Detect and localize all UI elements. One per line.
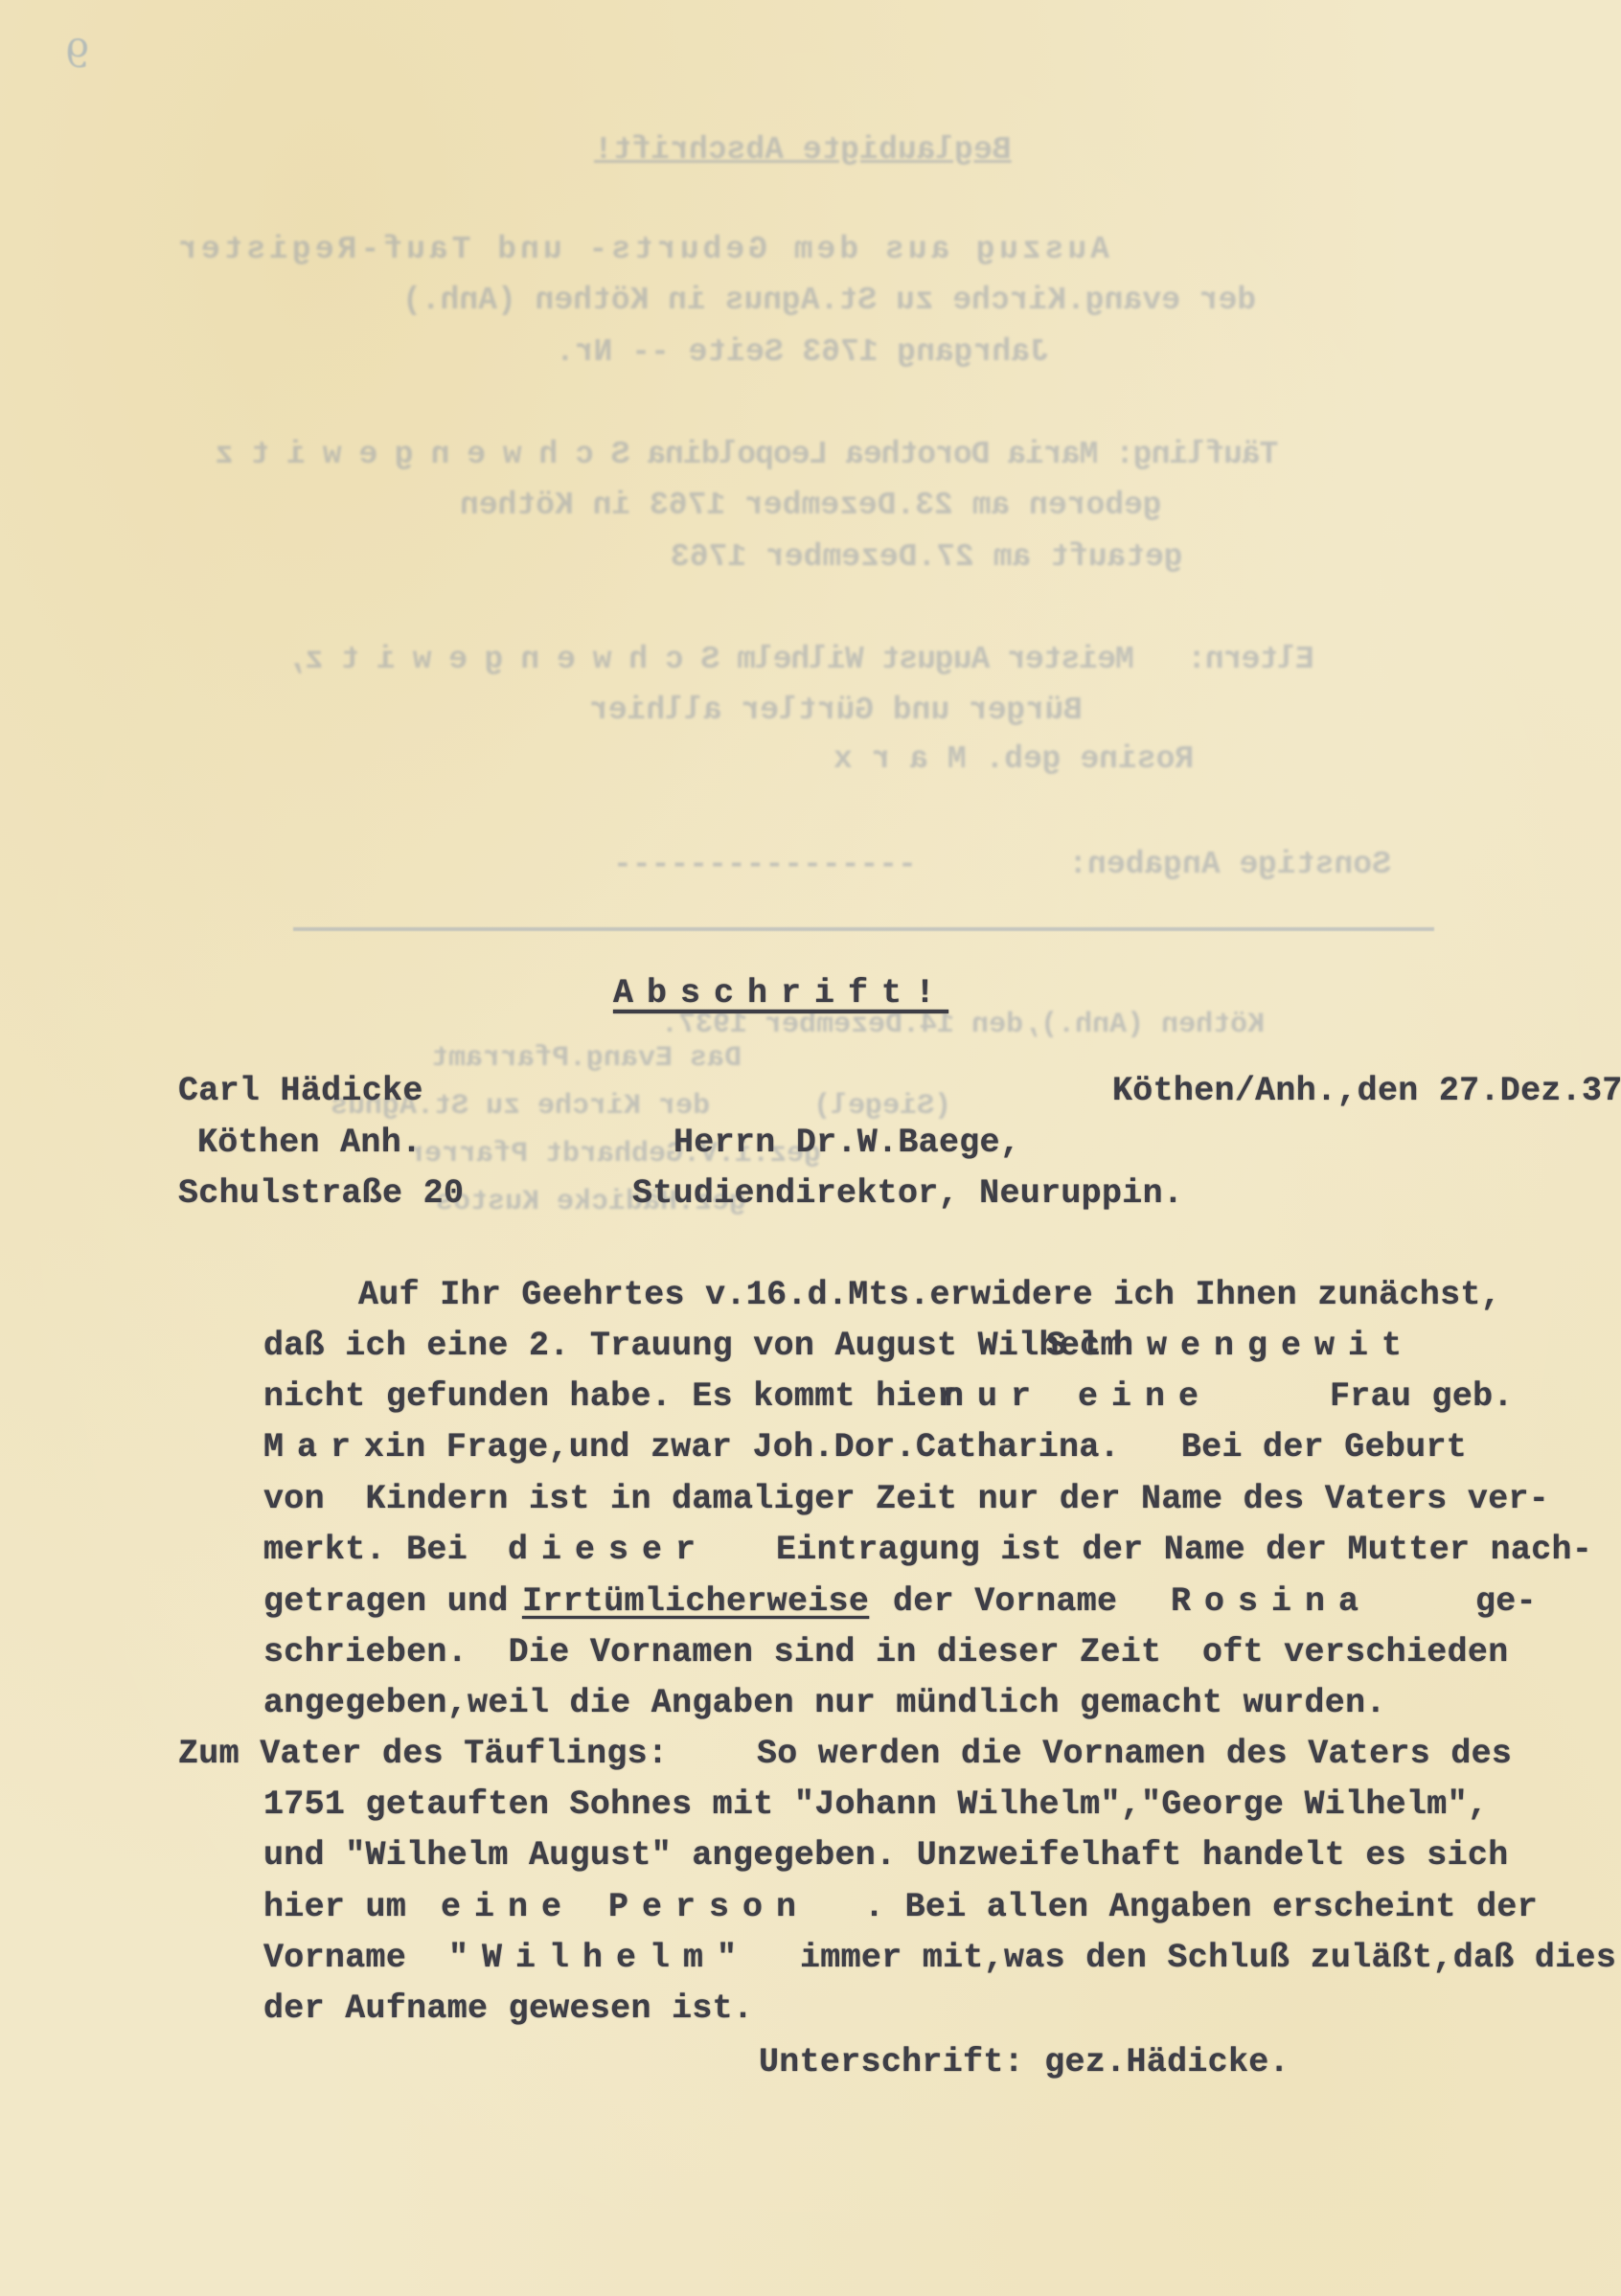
bleed-line: der evang.Kirche zu St.Agnus in Köthen (… bbox=[402, 284, 1256, 316]
body-line: So werden die Vornamen des Vaters des bbox=[757, 1738, 1512, 1771]
sender-name: Carl Hädicke bbox=[178, 1075, 423, 1108]
body-line: daß ich eine 2. Trauung von August Wilhe… bbox=[263, 1330, 1121, 1363]
body-line: getragen und bbox=[263, 1585, 509, 1619]
section-label: Zum Vater des Täuflings: bbox=[178, 1738, 668, 1771]
body-line: nicht gefunden habe. Es kommt hier bbox=[263, 1380, 957, 1414]
underlined-word: Irrtümlicherweise bbox=[522, 1585, 869, 1619]
body-line: Auf Ihr Geehrtes v.16.d.Mts.erwidere ich… bbox=[358, 1279, 1501, 1312]
body-line: angegeben,weil die Angaben nur mündlich … bbox=[263, 1687, 1386, 1720]
body-line: 1751 getauften Sohnes mit "Johann Wilhel… bbox=[263, 1788, 1488, 1822]
document-page: 9 Beglaubigte Abschrift! Auszug aus dem … bbox=[0, 0, 1621, 2296]
spaced-phrase: nur eine bbox=[944, 1380, 1212, 1414]
body-fragment: Eintragung ist der Name der Mutter nach- bbox=[776, 1534, 1592, 1567]
body-fragment: Frau geb. bbox=[1330, 1380, 1514, 1414]
bleed-line: Sonstige Angaben: ---------------- bbox=[613, 849, 1391, 880]
body-fragment: immer mit,was den Schluß zuläßt,daß dies bbox=[800, 1942, 1616, 1975]
bleed-line: Täufling: Maria Dorothea Leopoldina S c … bbox=[216, 439, 1278, 470]
spaced-word: dieser bbox=[508, 1534, 709, 1567]
bleed-line: Eltern: Meister August Wilhelm S c h w e… bbox=[287, 644, 1314, 675]
sender-street: Schulstraße 20 bbox=[178, 1177, 464, 1211]
sender-city: Köthen Anh. bbox=[197, 1126, 422, 1160]
bleed-line: Das Evang.Pfarramt bbox=[431, 1044, 742, 1073]
bleed-line: Rosine geb. M a r x bbox=[833, 743, 1194, 775]
body-line: merkt. Bei bbox=[263, 1534, 468, 1567]
body-fragment: . Bei allen Angaben erscheint der bbox=[864, 1891, 1538, 1924]
spaced-name-rosina: Rosina bbox=[1171, 1585, 1372, 1619]
bleed-line: getauft am 27.Dezember 1763 bbox=[671, 541, 1183, 573]
page-number-mark: 9 bbox=[65, 33, 89, 77]
bleed-line: Bürger und Gürtler allhier bbox=[589, 694, 1083, 726]
body-line: schrieben. Die Vornamen sind in dieser Z… bbox=[263, 1636, 1509, 1670]
document-heading: Abschrift! bbox=[613, 977, 948, 1011]
bleed-line: (Siegel) der Kirche zu St.Agnus bbox=[331, 1092, 951, 1121]
bleed-rule bbox=[293, 927, 1434, 931]
bleed-line: Köthen (Anh.),den 14.Dezember 1937. bbox=[661, 1011, 1265, 1039]
recipient-title: Studiendirektor, Neuruppin. bbox=[632, 1177, 1183, 1211]
signature-line: Unterschrift: gez.Hädicke. bbox=[759, 2046, 1290, 2080]
spaced-phrase: eine Person bbox=[441, 1891, 810, 1924]
body-line: in Frage,und zwar Joh.Dor.Catharina. Bei… bbox=[385, 1431, 1467, 1465]
body-line: und "Wilhelm August" angegeben. Unzweife… bbox=[263, 1839, 1509, 1873]
bleed-line: geboren am 23.Dezember 1763 in Köthen bbox=[460, 489, 1162, 521]
spaced-name-wilhelm: "Wilhelm" bbox=[448, 1942, 750, 1975]
spaced-surname: Schwengewit bbox=[1046, 1330, 1415, 1363]
place-date: Köthen/Anh.,den 27.Dez.37 bbox=[1112, 1075, 1621, 1108]
body-line: von Kindern ist in damaliger Zeit nur de… bbox=[263, 1483, 1549, 1516]
bleed-line: Auszug aus dem Geburts- und Tauf-Registe… bbox=[174, 234, 1109, 265]
body-fragment: der Vorname bbox=[893, 1585, 1117, 1619]
body-line: der Aufname gewesen ist. bbox=[263, 1992, 753, 2026]
bleed-title: Beglaubigte Abschrift! bbox=[594, 134, 1012, 166]
recipient-name: Herrn Dr.W.Baege, bbox=[674, 1126, 1020, 1160]
body-fragment: ge- bbox=[1475, 1585, 1537, 1619]
body-line: hier um bbox=[263, 1891, 406, 1924]
spaced-name-marx: Marx bbox=[263, 1431, 398, 1465]
body-line: Vorname bbox=[263, 1942, 406, 1975]
bleed-line: Jahrgang 1763 Seite -- Nr. bbox=[556, 336, 1049, 368]
